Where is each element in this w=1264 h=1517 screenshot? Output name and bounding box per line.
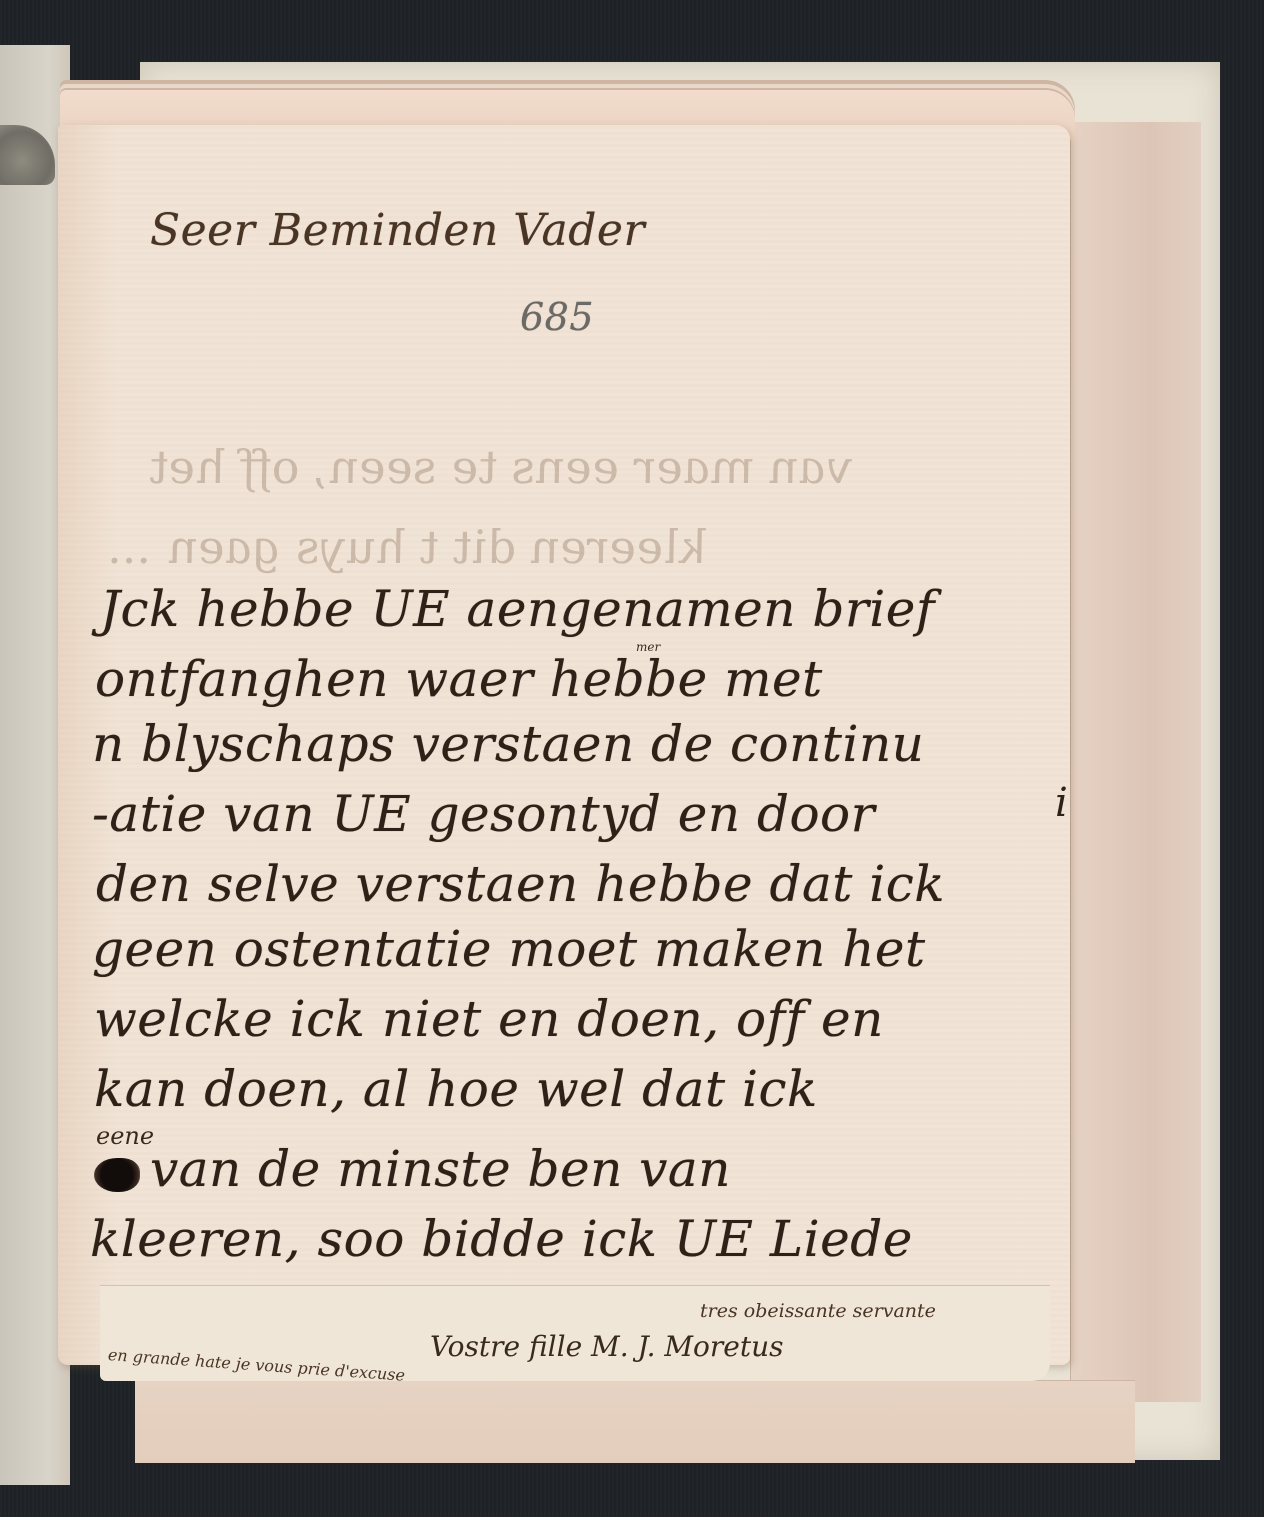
body-line-6: geen ostentatie moet maken het xyxy=(92,920,926,978)
interlinear-insertion: eene xyxy=(96,1122,154,1150)
bleed-through-line: kleeren dit t huys gaen ... xyxy=(104,520,712,574)
closing-line: tres obeissante servante xyxy=(700,1300,936,1322)
body-line-2: ontfanghen waer hebbe met xyxy=(95,650,823,708)
body-line-8: kan doen, al hoe wel dat ick xyxy=(94,1060,818,1118)
envelope-flap-bottom xyxy=(135,1380,1135,1463)
body-line-9: van de minste ben van xyxy=(150,1140,731,1198)
body-line-10: kleeren, soo bidde ick UE Liede xyxy=(90,1210,913,1268)
archive-page-number: 685 xyxy=(520,295,594,339)
margin-mark: i xyxy=(1055,780,1068,826)
bleed-through-line: van maer eens te seen, off het xyxy=(144,440,858,494)
ink-blot xyxy=(94,1158,140,1192)
salutation: Seer Beminden Vader xyxy=(150,205,645,256)
body-line-7: welcke ick niet en doen, off en xyxy=(94,990,884,1048)
body-line-5: den selve verstaen hebbe dat ick xyxy=(96,855,945,913)
envelope-flap-right xyxy=(1070,122,1201,1402)
body-line-3: n blyschaps verstaen de continu xyxy=(92,715,924,773)
body-line-4: -atie van UE gesontyd en door xyxy=(92,785,875,843)
body-line-1: Jck hebbe UE aengenamen brief xyxy=(100,580,935,638)
signature: Vostre fille M. J. Moretus xyxy=(430,1330,784,1363)
